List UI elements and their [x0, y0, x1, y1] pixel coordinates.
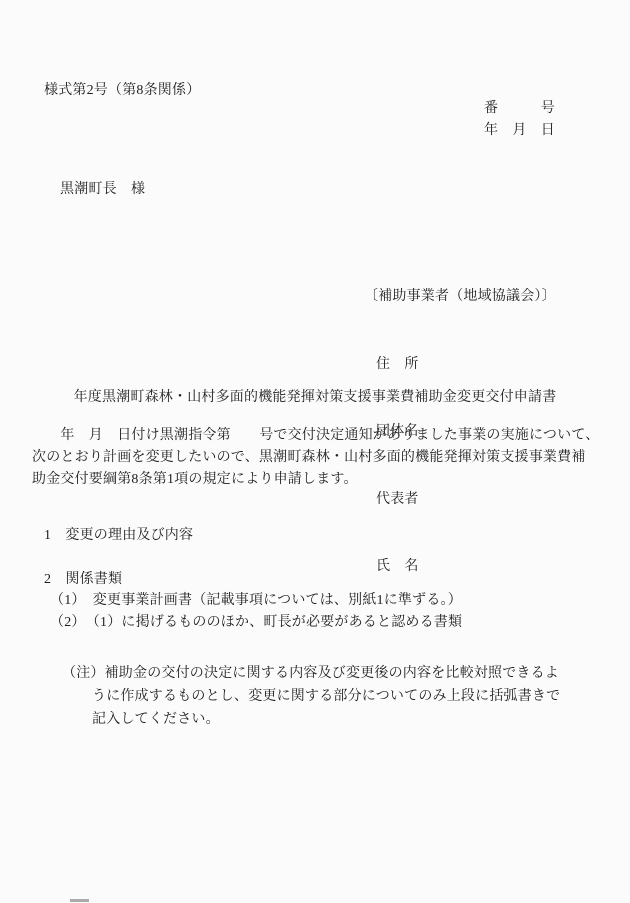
applicant-field-name: 氏 名 [364, 556, 556, 579]
document-title: 年度黒潮町森林・山村多面的機能発揮対策支援事業費補助金変更交付申請書 [0, 386, 630, 406]
attachment-item-1: （1） 変更事業計画書（記載事項については、別紙1に準ずる。） [50, 593, 462, 608]
document-date-placeholder: 年 月 日 [484, 123, 555, 138]
applicant-field-address: 住 所 [364, 354, 556, 377]
applicant-header: 〔補助事業者（地域協議会）〕 [364, 286, 556, 309]
body-paragraph-line-3: 助金交付要綱第8条第1項の規定により申請します。 [32, 472, 358, 487]
form-number-label: 様式第2号（第8条関係） [44, 83, 200, 98]
document-page: 様式第2号（第8条関係） 番 号 年 月 日 黒潮町長 様 〔補助事業者（地域協… [0, 0, 630, 903]
body-paragraph-line-2: 次のとおり計画を変更したいので、黒潮町森林・山村多面的機能発揮対策支援事業費補 [32, 450, 586, 465]
page-edge-artifact [70, 899, 89, 902]
section-2-heading: 2 関係書類 [44, 572, 122, 587]
note-line-3: 記入してください。 [92, 712, 220, 727]
body-paragraph-line-1: 年 月 日付け黒潮指令第 号で交付決定通知がありました事業の実施について、 [32, 428, 599, 443]
applicant-field-representative: 代表者 [364, 489, 556, 512]
document-number-placeholder: 番 号 [484, 101, 555, 116]
note-line-2: うに作成するものとし、変更に関する部分についてのみ上段に括弧書きで [92, 689, 560, 704]
recipient-line: 黒潮町長 様 [60, 182, 145, 197]
note-line-1: （注）補助金の交付の決定に関する内容及び変更後の内容を比較対照できるよ [62, 666, 559, 681]
section-1-heading: 1 変更の理由及び内容 [44, 528, 193, 543]
attachment-item-2: （2） （1）に掲げるもののほか、町長が必要があると認める書類 [50, 615, 462, 630]
